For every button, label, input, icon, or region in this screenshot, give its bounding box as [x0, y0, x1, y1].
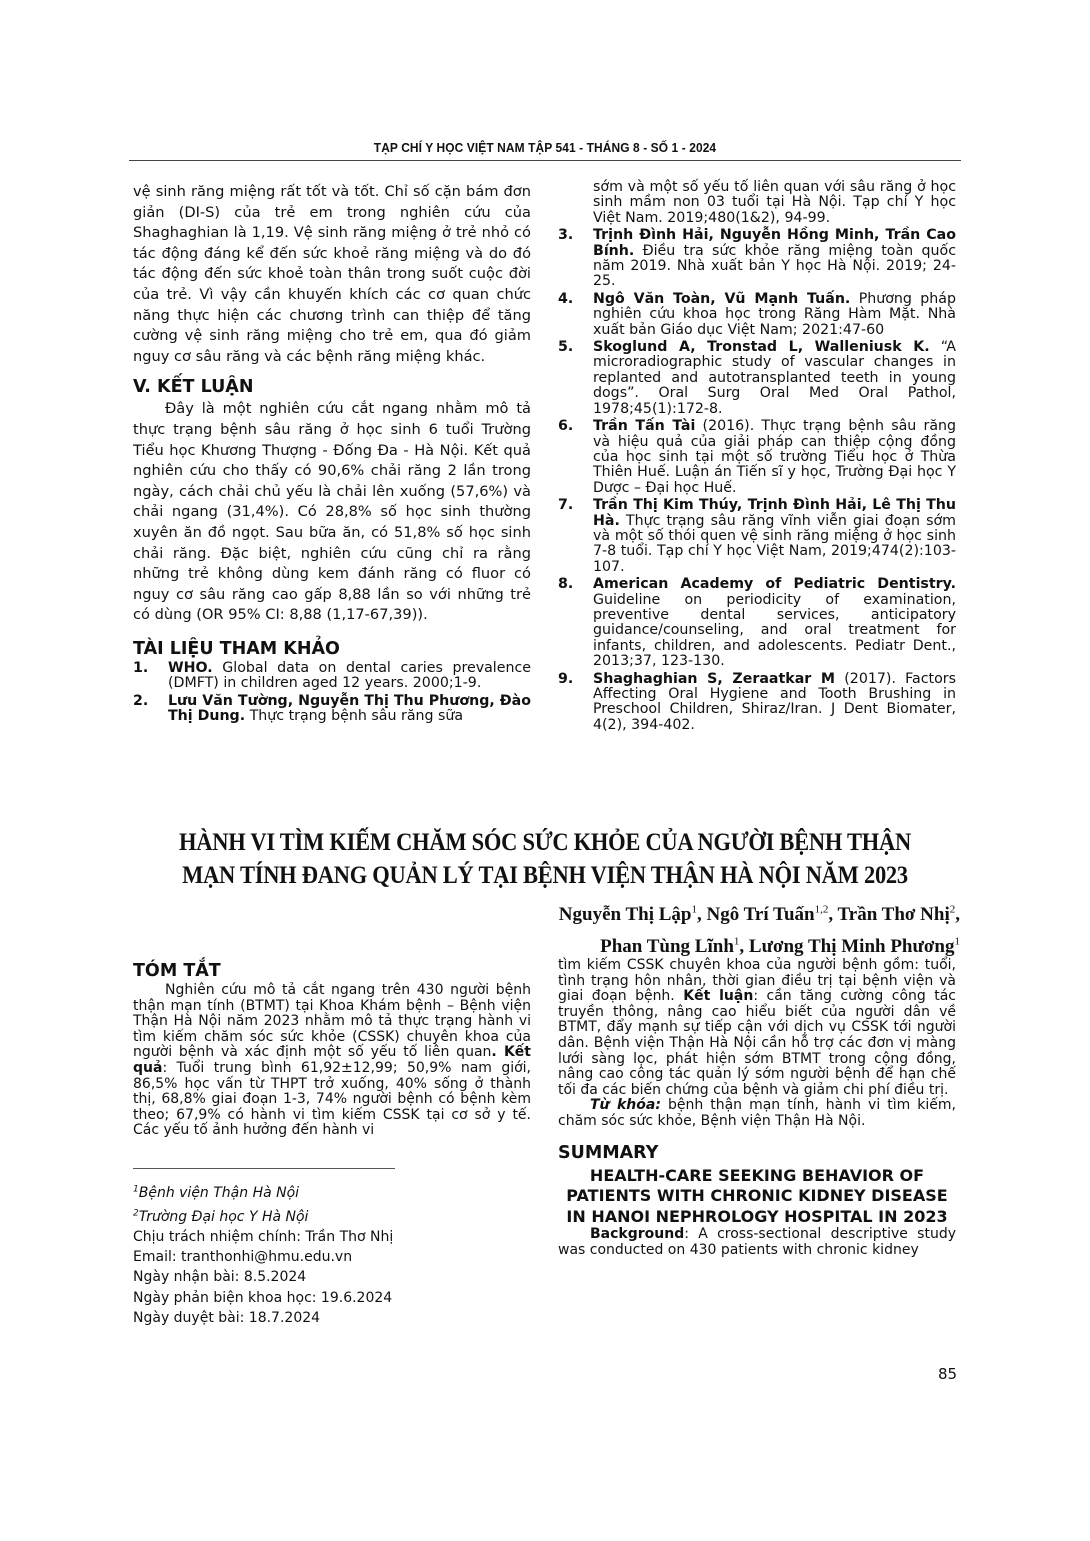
reference-item: 2.Lưu Văn Tường, Nguyễn Thị Thu Phương, … — [133, 694, 531, 725]
author-affiliation: 1,2 — [815, 904, 829, 916]
article-title-line-2: MẠN TÍNH ĐANG QUẢN LÝ TẠI BỆNH VIỆN THẬN… — [172, 859, 919, 892]
summary-heading: SUMMARY — [558, 1142, 956, 1164]
reference-list-right: sớm và một số yếu tố liên quan với sâu r… — [558, 180, 956, 733]
reference-number: 1. — [133, 661, 148, 676]
author: Ngô Trí Tuấn1,2, — [707, 904, 838, 925]
author-list: Nguyễn Thị Lập1, Ngô Trí Tuấn1,2, Trần T… — [360, 897, 960, 960]
author-separator: , — [739, 936, 749, 957]
corresponding-author: Chịu trách nhiệm chính: Trần Thơ Nhị — [133, 1227, 531, 1247]
conclusion-label: Kết luận — [683, 988, 753, 1004]
reference-number: 4. — [558, 292, 573, 307]
reference-number: 9. — [558, 672, 573, 687]
keywords-label: Từ khóa: — [590, 1097, 661, 1113]
reference-item: 8.American Academy of Pediatric Dentistr… — [558, 577, 956, 669]
keywords-paragraph: Từ khóa: bệnh thận mạn tính, hành vi tìm… — [558, 1098, 956, 1129]
abstract-paragraph: Nghiên cứu mô tả cắt ngang trên 430 ngườ… — [133, 983, 531, 1139]
author-affiliation: 1 — [955, 935, 961, 947]
reference-number: 8. — [558, 577, 573, 592]
affiliation-2-text: Trường Đại học Y Hà Nội — [139, 1209, 309, 1225]
reference-text: Thực trạng sâu răng vĩnh viễn giai đoạn … — [593, 513, 956, 575]
reference-authors: WHO. — [168, 660, 213, 676]
author-separator: , — [828, 904, 837, 925]
conclusion-paragraph: Đây là một nghiên cứu cắt ngang nhằm mô … — [133, 399, 531, 626]
reference-number: 3. — [558, 228, 573, 243]
article-right-column: tìm kiếm CSSK chuyên khoa của người bệnh… — [558, 958, 956, 1258]
review-date: Ngày phản biện khoa học: 19.6.2024 — [133, 1288, 531, 1308]
author: Lương Thị Minh Phương1 — [749, 936, 960, 957]
reference-number: 2. — [133, 694, 148, 709]
author-name: Trần Thơ Nhị — [838, 904, 950, 925]
reference-number: 6. — [558, 419, 573, 434]
summary-title: HEALTH-CARE SEEKING BEHAVIOR OF PATIENTS… — [558, 1166, 956, 1228]
reference-text: Điều tra sức khỏe răng miệng toàn quốc n… — [593, 243, 956, 290]
reference-number: 7. — [558, 498, 573, 513]
author-name: Lương Thị Minh Phương — [749, 936, 955, 957]
author-name: Phan Tùng Lĩnh — [600, 936, 734, 957]
reference-authors: American Academy of Pediatric Dentistry. — [593, 576, 956, 592]
conclusion-text: : cần tăng cường công tác truyền thông, … — [558, 988, 956, 1098]
affiliation-2: 2Trường Đại học Y Hà Nội — [133, 1203, 531, 1227]
footnote-rule — [133, 1168, 395, 1169]
reference-item: 6.Trần Tấn Tài (2016). Thực trạng bệnh s… — [558, 419, 956, 496]
reference-item-continued: sớm và một số yếu tố liên quan với sâu r… — [558, 180, 956, 226]
author-separator: , — [697, 904, 707, 925]
accepted-date: Ngày duyệt bài: 18.7.2024 — [133, 1308, 531, 1328]
author-separator: , — [955, 904, 960, 925]
author: Trần Thơ Nhị2, — [838, 904, 961, 925]
reference-number: 5. — [558, 340, 573, 355]
background-label: Background — [590, 1226, 684, 1242]
conclusion-heading: V. KẾT LUẬN — [133, 376, 531, 398]
article-title-line-1: HÀNH VI TÌM KIẾM CHĂM SÓC SỨC KHỎE CỦA N… — [172, 826, 919, 859]
author-name: Ngô Trí Tuấn — [707, 904, 815, 925]
reference-authors: Shaghaghian S, Zeraatkar M — [593, 671, 835, 687]
header-rule — [129, 160, 961, 161]
background-paragraph: Background: A cross-sectional descriptiv… — [558, 1227, 956, 1258]
abstract-continued: tìm kiếm CSSK chuyên khoa của người bệnh… — [558, 958, 956, 1098]
reference-text: Guideline on periodicity of examination,… — [593, 592, 956, 670]
abstract-objective: Nghiên cứu mô tả cắt ngang trên 430 ngườ… — [133, 982, 531, 1060]
reference-item: 4.Ngô Văn Toàn, Vũ Mạnh Tuấn. Phương phá… — [558, 292, 956, 338]
footnotes: 1Bệnh viện Thận Hà Nội 2Trường Đại học Y… — [133, 1179, 531, 1328]
author-name: Nguyễn Thị Lập — [559, 904, 692, 925]
author: Phan Tùng Lĩnh1, — [600, 936, 749, 957]
reference-item: 9.Shaghaghian S, Zeraatkar M (2017). Fac… — [558, 672, 956, 734]
reference-list-left: 1.WHO. Global data on dental caries prev… — [133, 661, 531, 725]
email-address[interactable]: Email: tranthonhi@hmu.edu.vn — [133, 1247, 531, 1267]
reference-text: Thực trạng bệnh sâu răng sữa — [245, 708, 463, 724]
reference-authors: Trần Tấn Tài — [593, 418, 695, 434]
reference-item: 1.WHO. Global data on dental caries prev… — [133, 661, 531, 692]
reference-item: 5.Skoglund A, Tronstad L, Walleniusk K. … — [558, 340, 956, 417]
abstract-heading: TÓM TẮT — [133, 960, 531, 982]
running-header: TẠP CHÍ Y HỌC VIỆT NAM TẬP 541 - THÁNG 8… — [162, 140, 927, 155]
reference-text: sớm và một số yếu tố liên quan với sâu r… — [593, 179, 956, 226]
results-text: : Tuổi trung bình 61,92±12,99; 50,9% nam… — [133, 1060, 531, 1138]
received-date: Ngày nhận bài: 8.5.2024 — [133, 1267, 531, 1287]
prev-article-right-column: sớm và một số yếu tố liên quan với sâu r… — [558, 180, 956, 735]
article-left-column: TÓM TẮT Nghiên cứu mô tả cắt ngang trên … — [133, 960, 531, 1328]
references-heading: TÀI LIỆU THAM KHẢO — [133, 638, 531, 660]
article-title: HÀNH VI TÌM KIẾM CHĂM SÓC SỨC KHỎE CỦA N… — [172, 826, 919, 892]
page-number: 85 — [938, 1365, 957, 1383]
prev-article-left-column: vệ sinh răng miệng rất tốt và tốt. Chỉ s… — [133, 182, 531, 727]
discussion-tail-paragraph: vệ sinh răng miệng rất tốt và tốt. Chỉ s… — [133, 182, 531, 367]
affiliation-1-text: Bệnh viện Thận Hà Nội — [139, 1185, 299, 1201]
affiliation-1: 1Bệnh viện Thận Hà Nội — [133, 1179, 531, 1203]
journal-page: TẠP CHÍ Y HỌC VIỆT NAM TẬP 541 - THÁNG 8… — [0, 0, 1090, 1541]
reference-authors: Ngô Văn Toàn, Vũ Mạnh Tuấn. — [593, 291, 850, 307]
author: Nguyễn Thị Lập1, — [559, 904, 707, 925]
reference-item: 7.Trần Thị Kim Thúy, Trịnh Đình Hải, Lê … — [558, 498, 956, 575]
reference-authors: Skoglund A, Tronstad L, Walleniusk K. — [593, 339, 930, 355]
reference-text: Global data on dental caries prevalence … — [168, 660, 531, 691]
reference-item: 3.Trịnh Đình Hải, Nguyễn Hồng Minh, Trần… — [558, 228, 956, 290]
